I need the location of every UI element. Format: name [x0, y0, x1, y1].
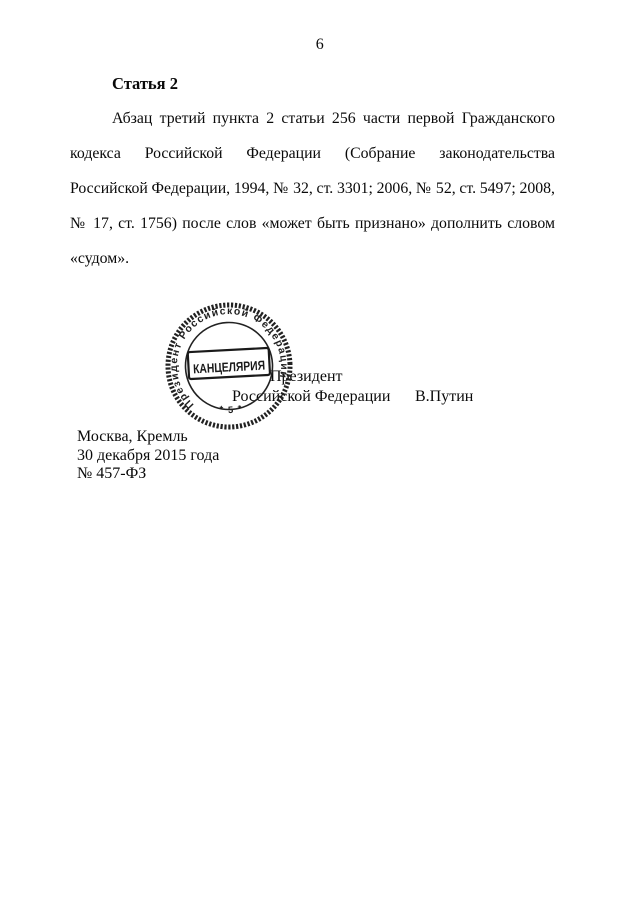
page-number: 6 — [0, 36, 640, 54]
chancellery-stamp-icon: Президент Российской Федерации * 5 * КАН… — [160, 297, 299, 436]
paragraph-line: кодекса Российской Федерации (Собрание з… — [70, 136, 555, 171]
issue-date: 30 декабря 2015 года — [77, 447, 219, 466]
issue-number: № 457-ФЗ — [77, 465, 219, 484]
issue-block: Москва, Кремль 30 декабря 2015 года № 45… — [77, 428, 219, 484]
paragraph-line: Российской Федерации, 1994, № 32, ст. 33… — [70, 171, 555, 206]
signature-name: В.Путин — [415, 388, 473, 406]
document-page: 6 Статья 2 Абзац третий пункта 2 статьи … — [0, 0, 640, 905]
article-heading: Статья 2 — [112, 74, 178, 94]
article-paragraph: Абзац третий пункта 2 статьи 256 части п… — [70, 101, 555, 276]
paragraph-line: Абзац третий пункта 2 статьи 256 части п… — [70, 101, 555, 136]
paragraph-line: «судом». — [70, 241, 555, 276]
paragraph-line: № 17, ст. 1756) после слов «может быть п… — [70, 206, 555, 241]
stamp-bottom-text: * 5 * — [218, 403, 245, 417]
